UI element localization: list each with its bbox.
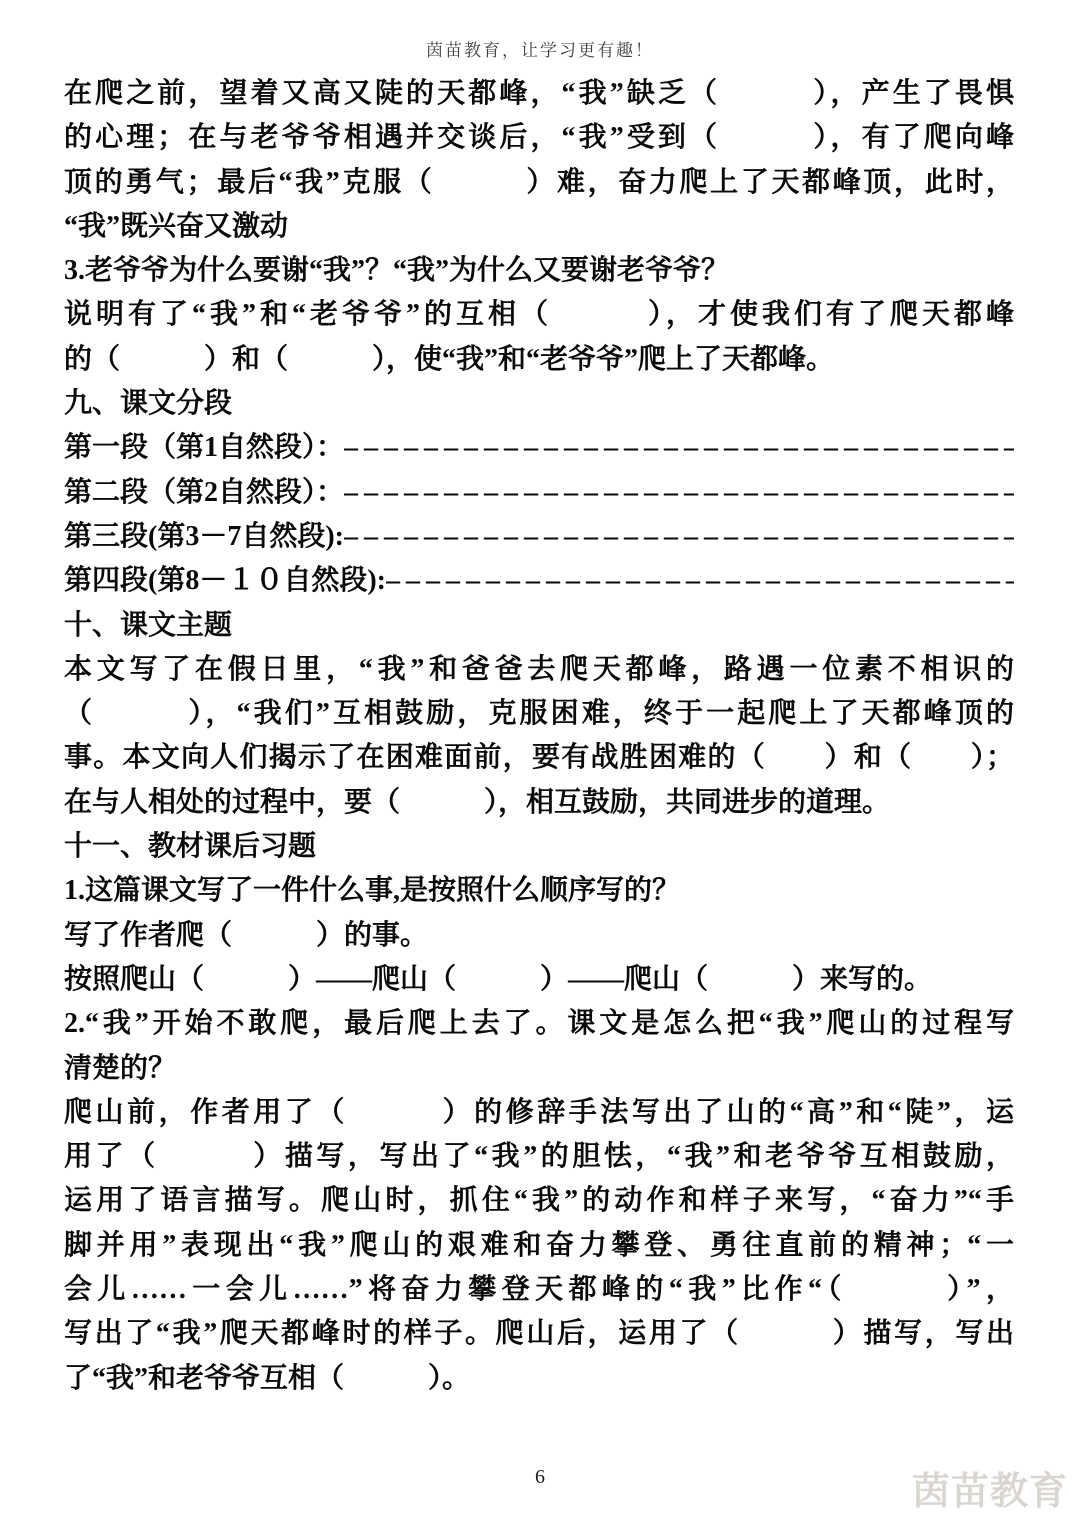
worksheet-page: 茵苗教育，让学习更有趣！ 在爬之前，望着又高又陡的天都峰，“我”缺乏（ ），产生… — [0, 0, 1080, 1527]
segment-label: 第二段（第2自然段）： — [64, 471, 344, 515]
section-heading: 九、课文分段 — [64, 382, 1014, 426]
section-heading: 十、课文主题 — [64, 604, 1014, 648]
segment-label: 第一段（第1自然段）： — [64, 426, 344, 470]
answer-line: 按照爬山（ ）——爬山（ ）——爬山（ ）来写的。 — [64, 958, 1014, 1002]
answer-blank: –––––––––––––––––––––––––––––––––––––––– — [386, 559, 1014, 603]
paragraph-line: 顶的勇气；最后“我”克服（ ）难，奋力爬上了天都峰顶，此时， — [64, 161, 1014, 205]
answer-line: 爬山前，作者用了（ ）的修辞手法写出了山的“高”和“陡”，运 — [64, 1091, 1014, 1135]
header-slogan: 茵苗教育，让学习更有趣！ — [0, 36, 1080, 61]
paragraph-line: 说明有了“我”和“老爷爷”的互相（ ），才使我们有了爬天都峰 — [64, 293, 1014, 337]
paragraph-line: “我”既兴奋又激动 — [64, 205, 1014, 249]
segment-blank-line: 第三段(第3－7自然段): ––––––––––––––––––––––––––… — [64, 515, 1014, 559]
segment-blank-line: 第一段（第1自然段）： ––––––––––––––––––––––––––––… — [64, 426, 1014, 470]
paragraph-line: 在爬之前，望着又高又陡的天都峰，“我”缺乏（ ），产生了畏惧 — [64, 72, 1014, 116]
answer-line: 了“我”和老爷爷互相（ ）。 — [64, 1357, 1014, 1401]
paragraph-line: （ ），“我们”互相鼓励，克服困难，终于一起爬上了天都峰顶的 — [64, 692, 1014, 736]
segment-blank-line: 第二段（第2自然段）： ––––––––––––––––––––––––––––… — [64, 471, 1014, 515]
document-body: 在爬之前，望着又高又陡的天都峰，“我”缺乏（ ），产生了畏惧 的心理；在与老爷爷… — [64, 72, 1014, 1401]
answer-blank: –––––––––––––––––––––––––––––––––––––––– — [344, 515, 1014, 559]
watermark: 茵苗教育 — [912, 1460, 1068, 1515]
answer-line: 运用了语言描写。爬山时，抓住“我”的动作和样子来写，“奋力”“手 — [64, 1179, 1014, 1223]
answer-line: 写出了“我”爬天都峰时的样子。爬山后，运用了（ ）描写，写出 — [64, 1312, 1014, 1356]
segment-label: 第四段(第8－１０自然段): — [64, 559, 386, 603]
question-line: 1.这篇课文写了一件什么事,是按照什么顺序写的？ — [64, 869, 1014, 913]
question-line: 清楚的？ — [64, 1047, 1014, 1091]
paragraph-line: 的心理；在与老爷爷相遇并交谈后，“我”受到（ ），有了爬向峰 — [64, 116, 1014, 160]
paragraph-line: 的（ ）和（ ），使“我”和“老爷爷”爬上了天都峰。 — [64, 338, 1014, 382]
answer-blank: –––––––––––––––––––––––––––––––––––––––– — [344, 471, 1014, 515]
question-line: 2.“我”开始不敢爬，最后爬上去了。课文是怎么把“我”爬山的过程写 — [64, 1002, 1014, 1046]
answer-line: 用了（ ）描写，写出了“我”的胆怯，“我”和老爷爷互相鼓励， — [64, 1135, 1014, 1179]
answer-blank: –––––––––––––––––––––––––––––––––––––––– — [344, 426, 1014, 470]
question-line: 3.老爷爷为什么要谢“我”？“我”为什么又要谢老爷爷？ — [64, 249, 1014, 293]
paragraph-line: 本文写了在假日里，“我”和爸爸去爬天都峰，路遇一位素不相识的 — [64, 648, 1014, 692]
section-heading: 十一、教材课后习题 — [64, 825, 1014, 869]
segment-blank-line: 第四段(第8－１０自然段): –––––––––––––––––––––––––… — [64, 559, 1014, 603]
answer-line: 会儿……一会儿……”将奋力攀登天都峰的“我”比作“（ ）”， — [64, 1268, 1014, 1312]
segment-label: 第三段(第3－7自然段): — [64, 515, 344, 559]
answer-line: 脚并用”表现出“我”爬山的艰难和奋力攀登、勇往直前的精神；“一 — [64, 1224, 1014, 1268]
paragraph-line: 在与人相处的过程中，要（ ），相互鼓励，共同进步的道理。 — [64, 781, 1014, 825]
answer-line: 写了作者爬（ ）的事。 — [64, 914, 1014, 958]
paragraph-line: 事。本文向人们揭示了在困难面前，要有战胜困难的（ ）和（ ）； — [64, 736, 1014, 780]
